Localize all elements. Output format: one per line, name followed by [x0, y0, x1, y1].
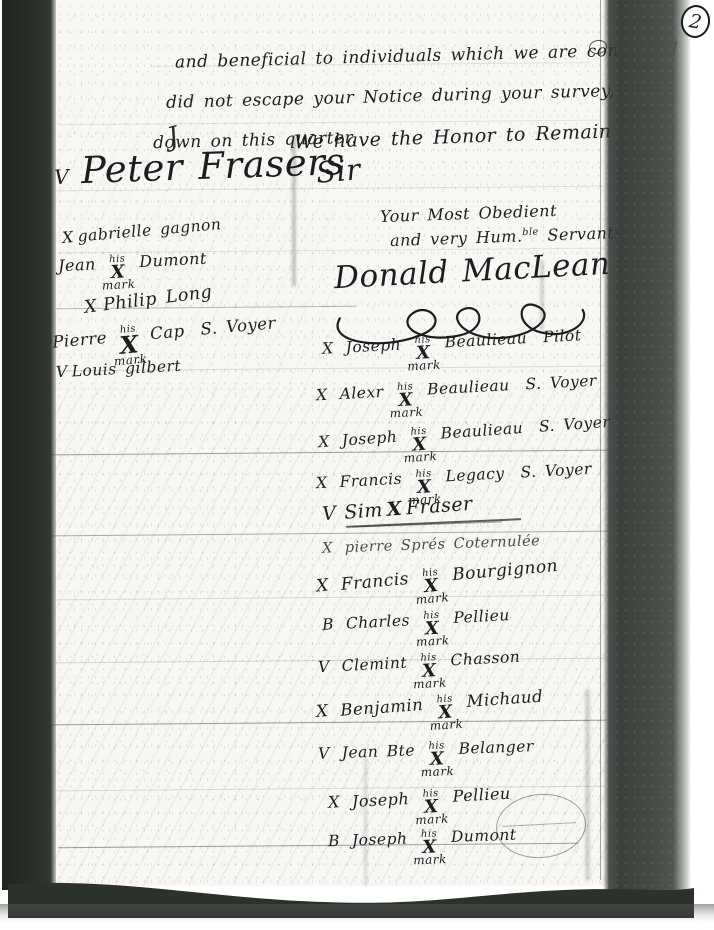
witness-mark: V	[318, 660, 330, 676]
signatory-title: S. Voyer	[525, 372, 597, 394]
his-mark-stack: hisXmark	[412, 830, 447, 865]
his-mark-stack: hisXmark	[388, 383, 423, 419]
his-mark-stack: hisXmark	[412, 654, 447, 690]
signatory-given-name: Charles	[345, 611, 410, 632]
witness-mark: X	[316, 476, 328, 492]
witness-mark: X	[318, 434, 331, 450]
signatory-given-name: Francis	[340, 569, 410, 595]
witness-mark: V	[54, 167, 70, 188]
witness-mark: X	[62, 230, 75, 246]
signatory-surname: Cap	[149, 321, 185, 343]
his-mark-stack: hisXmark	[415, 611, 450, 647]
signatory-given-name: Joseph	[351, 789, 409, 811]
his-mark-stack: hisXmark	[402, 427, 438, 463]
witness-mark: X	[316, 388, 328, 404]
scanned-document: and beneficial to individuals which we a…	[0, 0, 714, 930]
his-mark-stack: hisXmark	[414, 790, 449, 826]
crease-smudge	[585, 690, 590, 880]
signatory-surname: Belanger	[458, 737, 534, 758]
witness-mark: B	[322, 617, 335, 633]
witness-mark: V	[318, 746, 330, 762]
his-mark-stack: hisXmark	[420, 742, 455, 777]
signatory-title: S. Voyer	[200, 313, 277, 339]
witness-mark: X	[322, 341, 334, 357]
signatory-surname: Beaulieau	[444, 329, 527, 351]
signatory-surname: Beaulieau	[440, 419, 524, 443]
signatory-given-name: pierre	[345, 538, 393, 556]
signatory-given-name: Joseph	[352, 830, 408, 850]
signatory-given-name: Joseph	[345, 336, 401, 357]
signatory-given-name: Jean	[58, 254, 97, 275]
signatory-surname: Pellieu	[453, 606, 510, 627]
signatory-surname: gilbert	[125, 357, 182, 378]
witness-mark: B	[328, 834, 340, 850]
signatory-surname: Chasson	[450, 648, 521, 670]
witness-mark: V	[322, 504, 338, 524]
signatory-surname: Pellieu	[452, 784, 511, 806]
witness-mark: X	[83, 298, 98, 317]
witness-mark: X	[316, 704, 329, 721]
mark-label: mark	[407, 359, 441, 371]
signatory-given-name: Jean Bte	[341, 741, 415, 762]
signatory-given-name: Clemint	[341, 654, 407, 675]
signatory-name: Peter Frasers	[80, 140, 345, 192]
signatory-surname: Michaud	[466, 687, 544, 711]
witness-mark: V	[56, 365, 68, 381]
signatory-given-name: Alexr	[339, 383, 384, 403]
witness-mark: X	[328, 795, 341, 812]
signatory-given-name: Francis	[339, 470, 402, 491]
witness-mark: X	[322, 541, 333, 556]
his-mark-stack: hisXmark	[413, 568, 449, 605]
mark-label: mark	[389, 407, 423, 419]
mark-label: mark	[421, 766, 455, 777]
signature-peter-frasers: VPeter Frasers	[53, 143, 345, 190]
left-photocopy-edge	[2, 0, 56, 890]
signatory-surname: Legacy	[445, 464, 505, 485]
signatory-surname: Dumont	[139, 249, 208, 272]
signatory-given-name: Benjamin	[340, 695, 424, 720]
mark-label: mark	[102, 279, 136, 291]
witness-mark: X	[316, 578, 330, 596]
signatory-given-name: Joseph	[341, 428, 398, 450]
signatory-title: S. Voyer	[520, 460, 592, 482]
signatory-surname: Beaulieau	[427, 376, 510, 398]
signatory-surname: Bourgignon	[451, 556, 558, 585]
signatory-given-name: Louis	[71, 360, 117, 380]
crease-smudge	[364, 756, 367, 886]
his-mark-stack: hisXmark	[100, 255, 135, 291]
page-number: 2	[688, 10, 704, 34]
signatory-title: Pilot	[543, 326, 582, 346]
mark-label: mark	[429, 719, 463, 732]
right-photocopy-edge	[603, 0, 691, 908]
signatory-given-name: Pierre	[52, 328, 108, 352]
page-edge	[600, 0, 601, 880]
mark-label: mark	[413, 854, 447, 865]
his-mark-stack: hisXmark	[428, 695, 464, 731]
signature-row: BJosephhisXmarkDumont	[327, 819, 517, 860]
his-mark-stack: hisXmark	[406, 336, 441, 372]
bottom-edge-fade	[0, 904, 714, 922]
